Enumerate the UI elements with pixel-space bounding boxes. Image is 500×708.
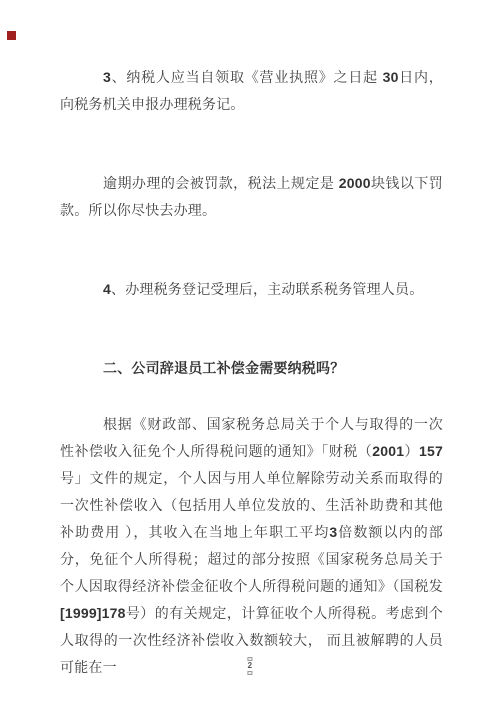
text-run: 、办理税务登记受理后，主动联系税务管理人员。	[111, 281, 423, 297]
text-run-bold: 157	[419, 443, 443, 459]
text-run-bold: 4	[103, 281, 111, 297]
text-run: ）	[404, 443, 419, 459]
footer-tick-bottom	[247, 671, 252, 675]
text-run: 逾期办理的会被罚款，税法上规定是	[103, 175, 339, 191]
page-number-widget: 2	[247, 657, 252, 675]
text-run-bold: 2001	[372, 443, 404, 459]
text-run-bold: 2000	[339, 175, 371, 191]
paragraph: 4、办理税务登记受理后，主动联系税务管理人员。	[60, 276, 443, 303]
text-run-bold: [1999]178	[60, 605, 126, 621]
document-body: 3、纳税人应当自领取《营业执照》之日起 30日内，向税务机关申报办理税务记。逾期…	[60, 64, 443, 681]
paragraph: 逾期办理的会被罚款，税法上规定是 2000块钱以下罚款。所以你尽快去办理。	[60, 170, 443, 224]
page-number: 2	[248, 662, 252, 670]
paragraph: 根据《财政部、国家税务总局关于个人与取得的一次性补偿收入征免个人所得税问题的通知…	[60, 411, 443, 681]
text-run-bold: 30	[383, 69, 399, 85]
section-heading: 二、公司辞退员工补偿金需要纳税吗？	[60, 355, 443, 382]
text-run-bold: 二、公司辞退员工补偿金需要纳税吗？	[103, 360, 344, 376]
text-run-bold: 3	[103, 69, 111, 85]
paragraph: 3、纳税人应当自领取《营业执照》之日起 30日内，向税务机关申报办理税务记。	[60, 64, 443, 118]
text-run: 、纳税人应当自领取《营业执照》之日起	[111, 69, 383, 85]
document-page: 3、纳税人应当自领取《营业执照》之日起 30日内，向税务机关申报办理税务记。逾期…	[0, 0, 500, 708]
red-square-marker	[7, 31, 16, 40]
